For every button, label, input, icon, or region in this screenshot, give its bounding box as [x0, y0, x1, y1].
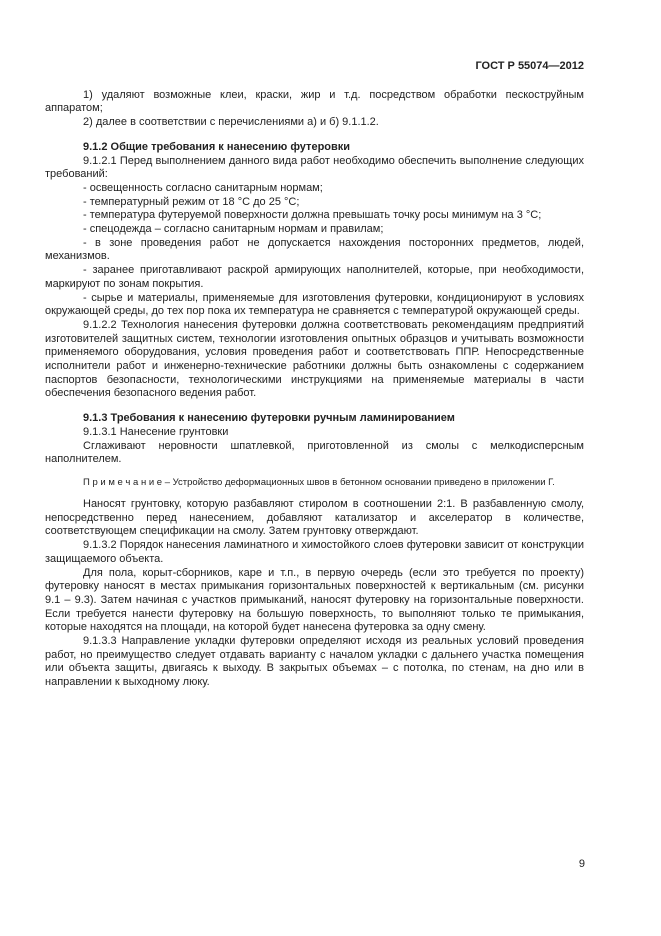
note-label: П р и м е ч а н и е [83, 477, 162, 488]
paragraph-9-1-2-2: 9.1.2.2 Технология нанесения футеровки д… [45, 319, 584, 401]
paragraph-9-1-3-2: 9.1.3.2 Порядок нанесения ламинатного и … [45, 539, 584, 566]
list-item-raw-materials: - сырье и материалы, применяемые для изг… [45, 292, 584, 319]
note-deformation-joints: П р и м е ч а н и е – Устройство деформа… [45, 477, 584, 489]
document-page: ГОСТ Р 55074—2012 1) удаляют возможные к… [0, 0, 661, 936]
section-heading-9-1-3: 9.1.3 Требования к нанесению футеровки р… [45, 412, 584, 426]
paragraph-floor-lining-order: Для пола, корыт-сборников, каре и т.п., … [45, 567, 584, 636]
paragraph-9-1-3-3: 9.1.3.3 Направление укладки футеровки оп… [45, 635, 584, 690]
paragraph-9-1-3-1: 9.1.3.1 Нанесение грунтовки [45, 426, 584, 440]
document-content: ГОСТ Р 55074—2012 1) удаляют возможные к… [45, 60, 584, 690]
page-number: 9 [579, 858, 585, 872]
paragraph-primer-application: Наносят грунтовку, которую разбавляют ст… [45, 498, 584, 539]
list-item-surface-temperature: - температура футеруемой поверхности дол… [45, 209, 584, 223]
list-item-lighting: - освещенность согласно санитарным норма… [45, 182, 584, 196]
paragraph-removal-step-2: 2) далее в соответствии с перечислениями… [45, 116, 584, 130]
section-heading-9-1-2: 9.1.2 Общие требования к нанесению футер… [45, 141, 584, 155]
paragraph-9-1-2-1: 9.1.2.1 Перед выполнением данного вида р… [45, 155, 584, 182]
paragraph-primer-smoothing: Сглаживают неровности шпатлевкой, пригот… [45, 440, 584, 467]
list-item-reinforcing-fillers: - заранее приготавливают раскрой армирую… [45, 264, 584, 291]
header-standard-ref: ГОСТ Р 55074—2012 [45, 60, 584, 74]
list-item-workwear: - спецодежда – согласно санитарным норма… [45, 223, 584, 237]
paragraph-removal-step-1: 1) удаляют возможные клеи, краски, жир и… [45, 89, 584, 116]
list-item-temperature-range: - температурный режим от 18 °С до 25 °С; [45, 196, 584, 210]
list-item-work-zone: - в зоне проведения работ не допускается… [45, 237, 584, 264]
note-text: – Устройство деформационных швов в бетон… [165, 477, 555, 488]
